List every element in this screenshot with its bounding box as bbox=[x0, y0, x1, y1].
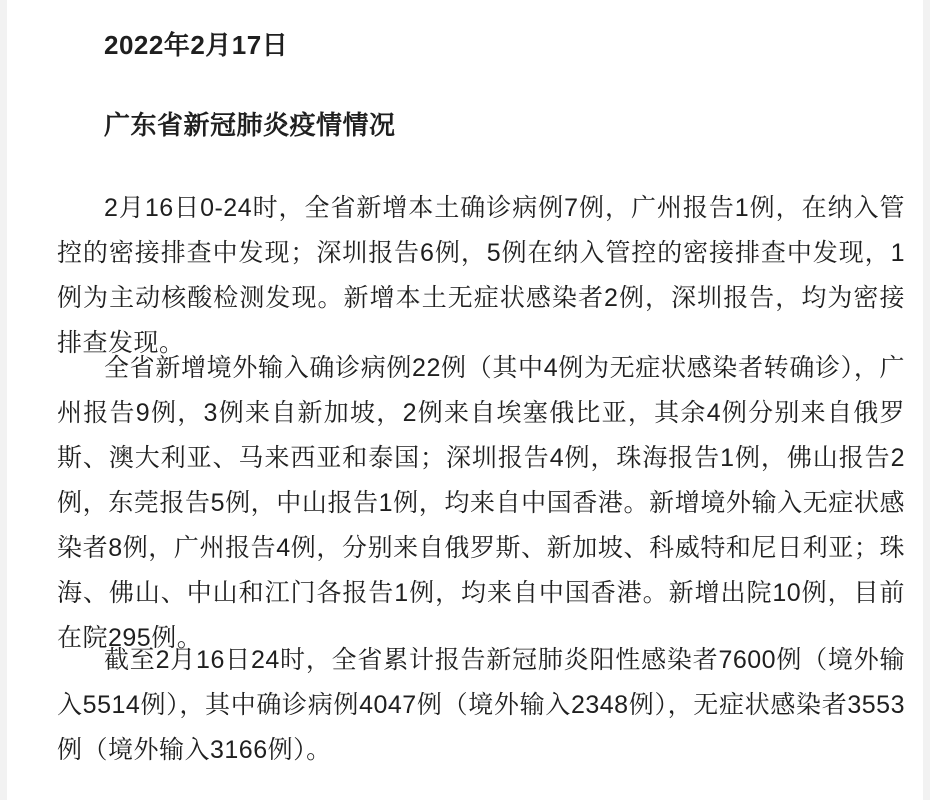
page-edge-left bbox=[0, 0, 7, 800]
paragraph-local-cases: 2月16日0-24时，全省新增本土确诊病例7例，广州报告1例，在纳入管控的密接排… bbox=[57, 186, 905, 366]
report-date: 2022年2月17日 bbox=[57, 23, 905, 68]
paragraph-cumulative-stats: 截至2月16日24时，全省累计报告新冠肺炎阳性感染者7600例（境外输入5514… bbox=[57, 638, 905, 773]
article-page: 2022年2月17日 广东省新冠肺炎疫情情况 2月16日0-24时，全省新增本土… bbox=[0, 0, 930, 800]
article-content: 2022年2月17日 广东省新冠肺炎疫情情况 2月16日0-24时，全省新增本土… bbox=[57, 0, 905, 800]
report-title: 广东省新冠肺炎疫情情况 bbox=[57, 103, 905, 148]
paragraph-imported-cases: 全省新增境外输入确诊病例22例（其中4例为无症状感染者转确诊），广州报告9例，3… bbox=[57, 346, 905, 661]
page-edge-right bbox=[923, 0, 930, 800]
